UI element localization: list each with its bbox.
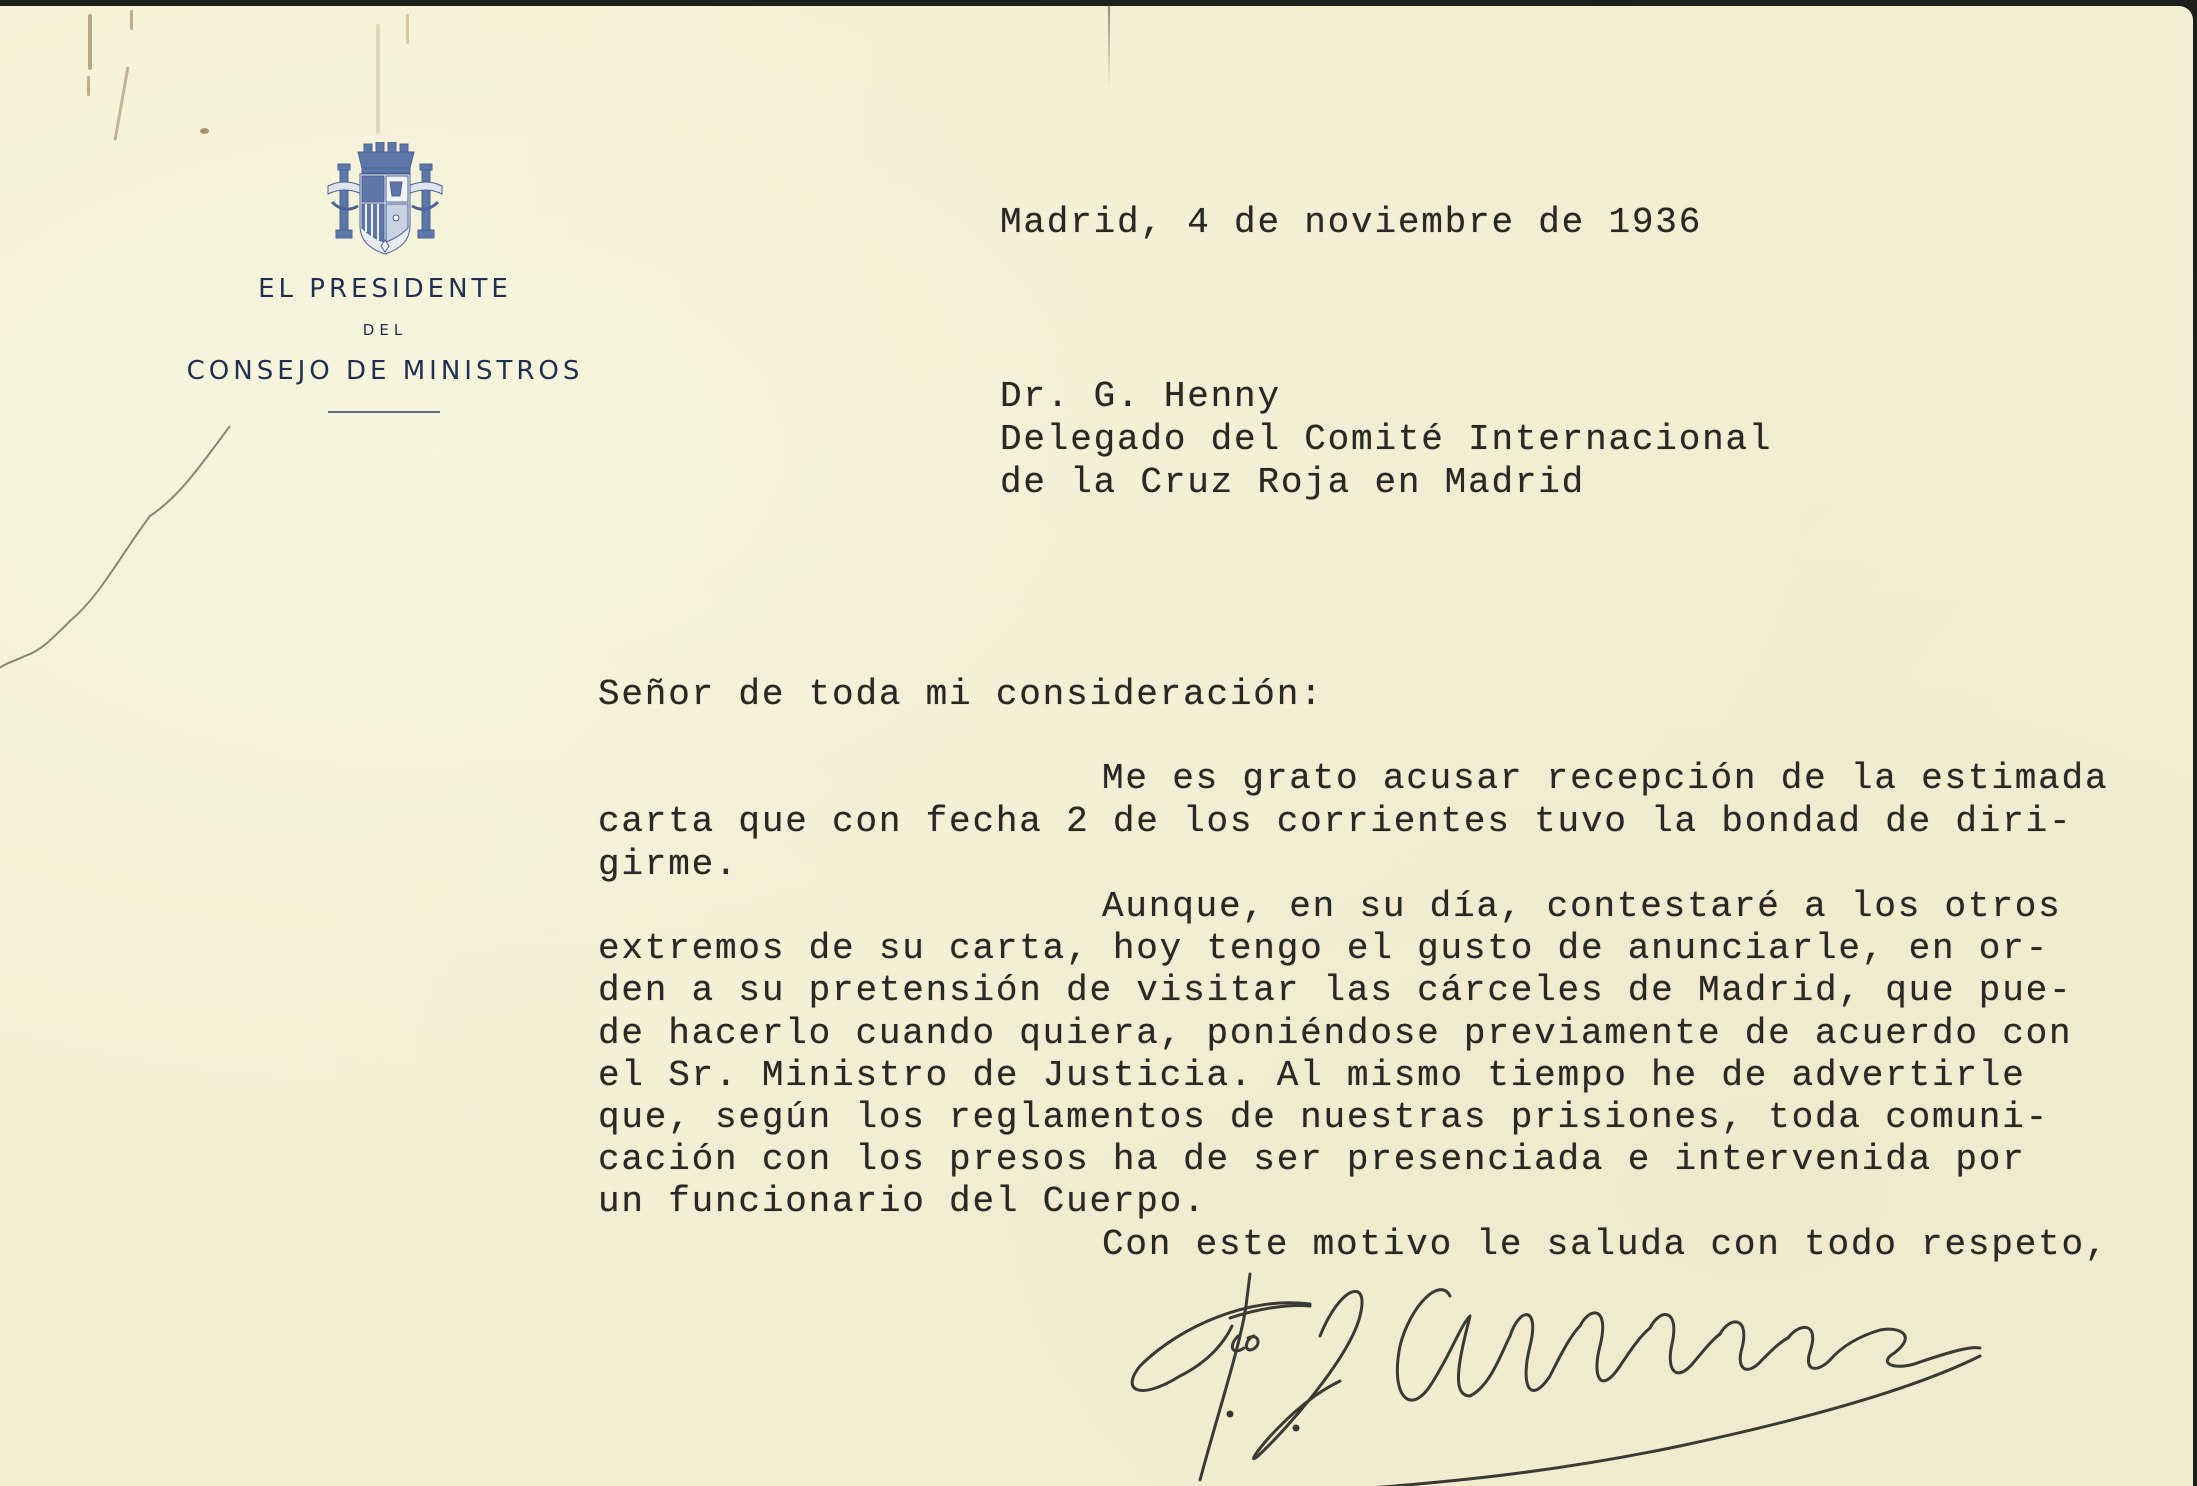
signature-icon [1120,1266,2193,1486]
closing-line: Con este motivo le saluda con todo respe… [1102,1224,2108,1265]
body-line: el Sr. Ministro de Justicia. Al mismo ti… [598,1055,2026,1096]
recipient-title-line2: de la Cruz Roja en Madrid [1000,462,1585,503]
letter-page: EL PRESIDENTE DEL CONSEJO DE MINISTROS M… [0,6,2193,1486]
body-line: Aunque, en su día, contestaré a los otro… [1102,886,2062,927]
letterhead-rule [328,411,440,413]
paper-stain [406,14,409,44]
body-line: den a su pretensión de visitar las cárce… [598,970,2072,1011]
letterhead-title: EL PRESIDENTE [180,274,590,304]
paper-fold-mark [1108,6,1110,86]
body-line: girme. [598,844,738,885]
paper-stain [200,128,209,134]
paper-stain [87,76,90,96]
paper-stain [130,10,133,30]
body-line: carta que con fecha 2 de los corrientes … [598,801,2072,842]
paper-tear-line [0,406,240,676]
recipient-title-line1: Delegado del Comité Internacional [1000,419,1772,460]
body-line: que, según los reglamentos de nuestras p… [598,1097,2049,1138]
date-line: Madrid, 4 de noviembre de 1936 [1000,202,1702,243]
paper-stain [114,66,130,140]
body-line: extremos de su carta, hoy tengo el gusto… [598,928,2049,969]
body-line: un funcionario del Cuerpo. [598,1181,1207,1222]
body-line: cación con los presos ha de ser presenci… [598,1139,2026,1180]
body-line: Me es grato acusar recepción de la estim… [1102,758,2108,799]
paper-stain [376,24,380,134]
letterhead-council: CONSEJO DE MINISTROS [160,356,610,386]
recipient-name: Dr. G. Henny [1000,376,1281,417]
body-line: de hacerlo cuando quiera, poniéndose pre… [598,1013,2072,1054]
salutation: Señor de toda mi consideración: [598,674,1324,715]
paper-stain [88,14,92,70]
coat-of-arms-icon [326,142,444,256]
letterhead-del: DEL [180,321,590,339]
